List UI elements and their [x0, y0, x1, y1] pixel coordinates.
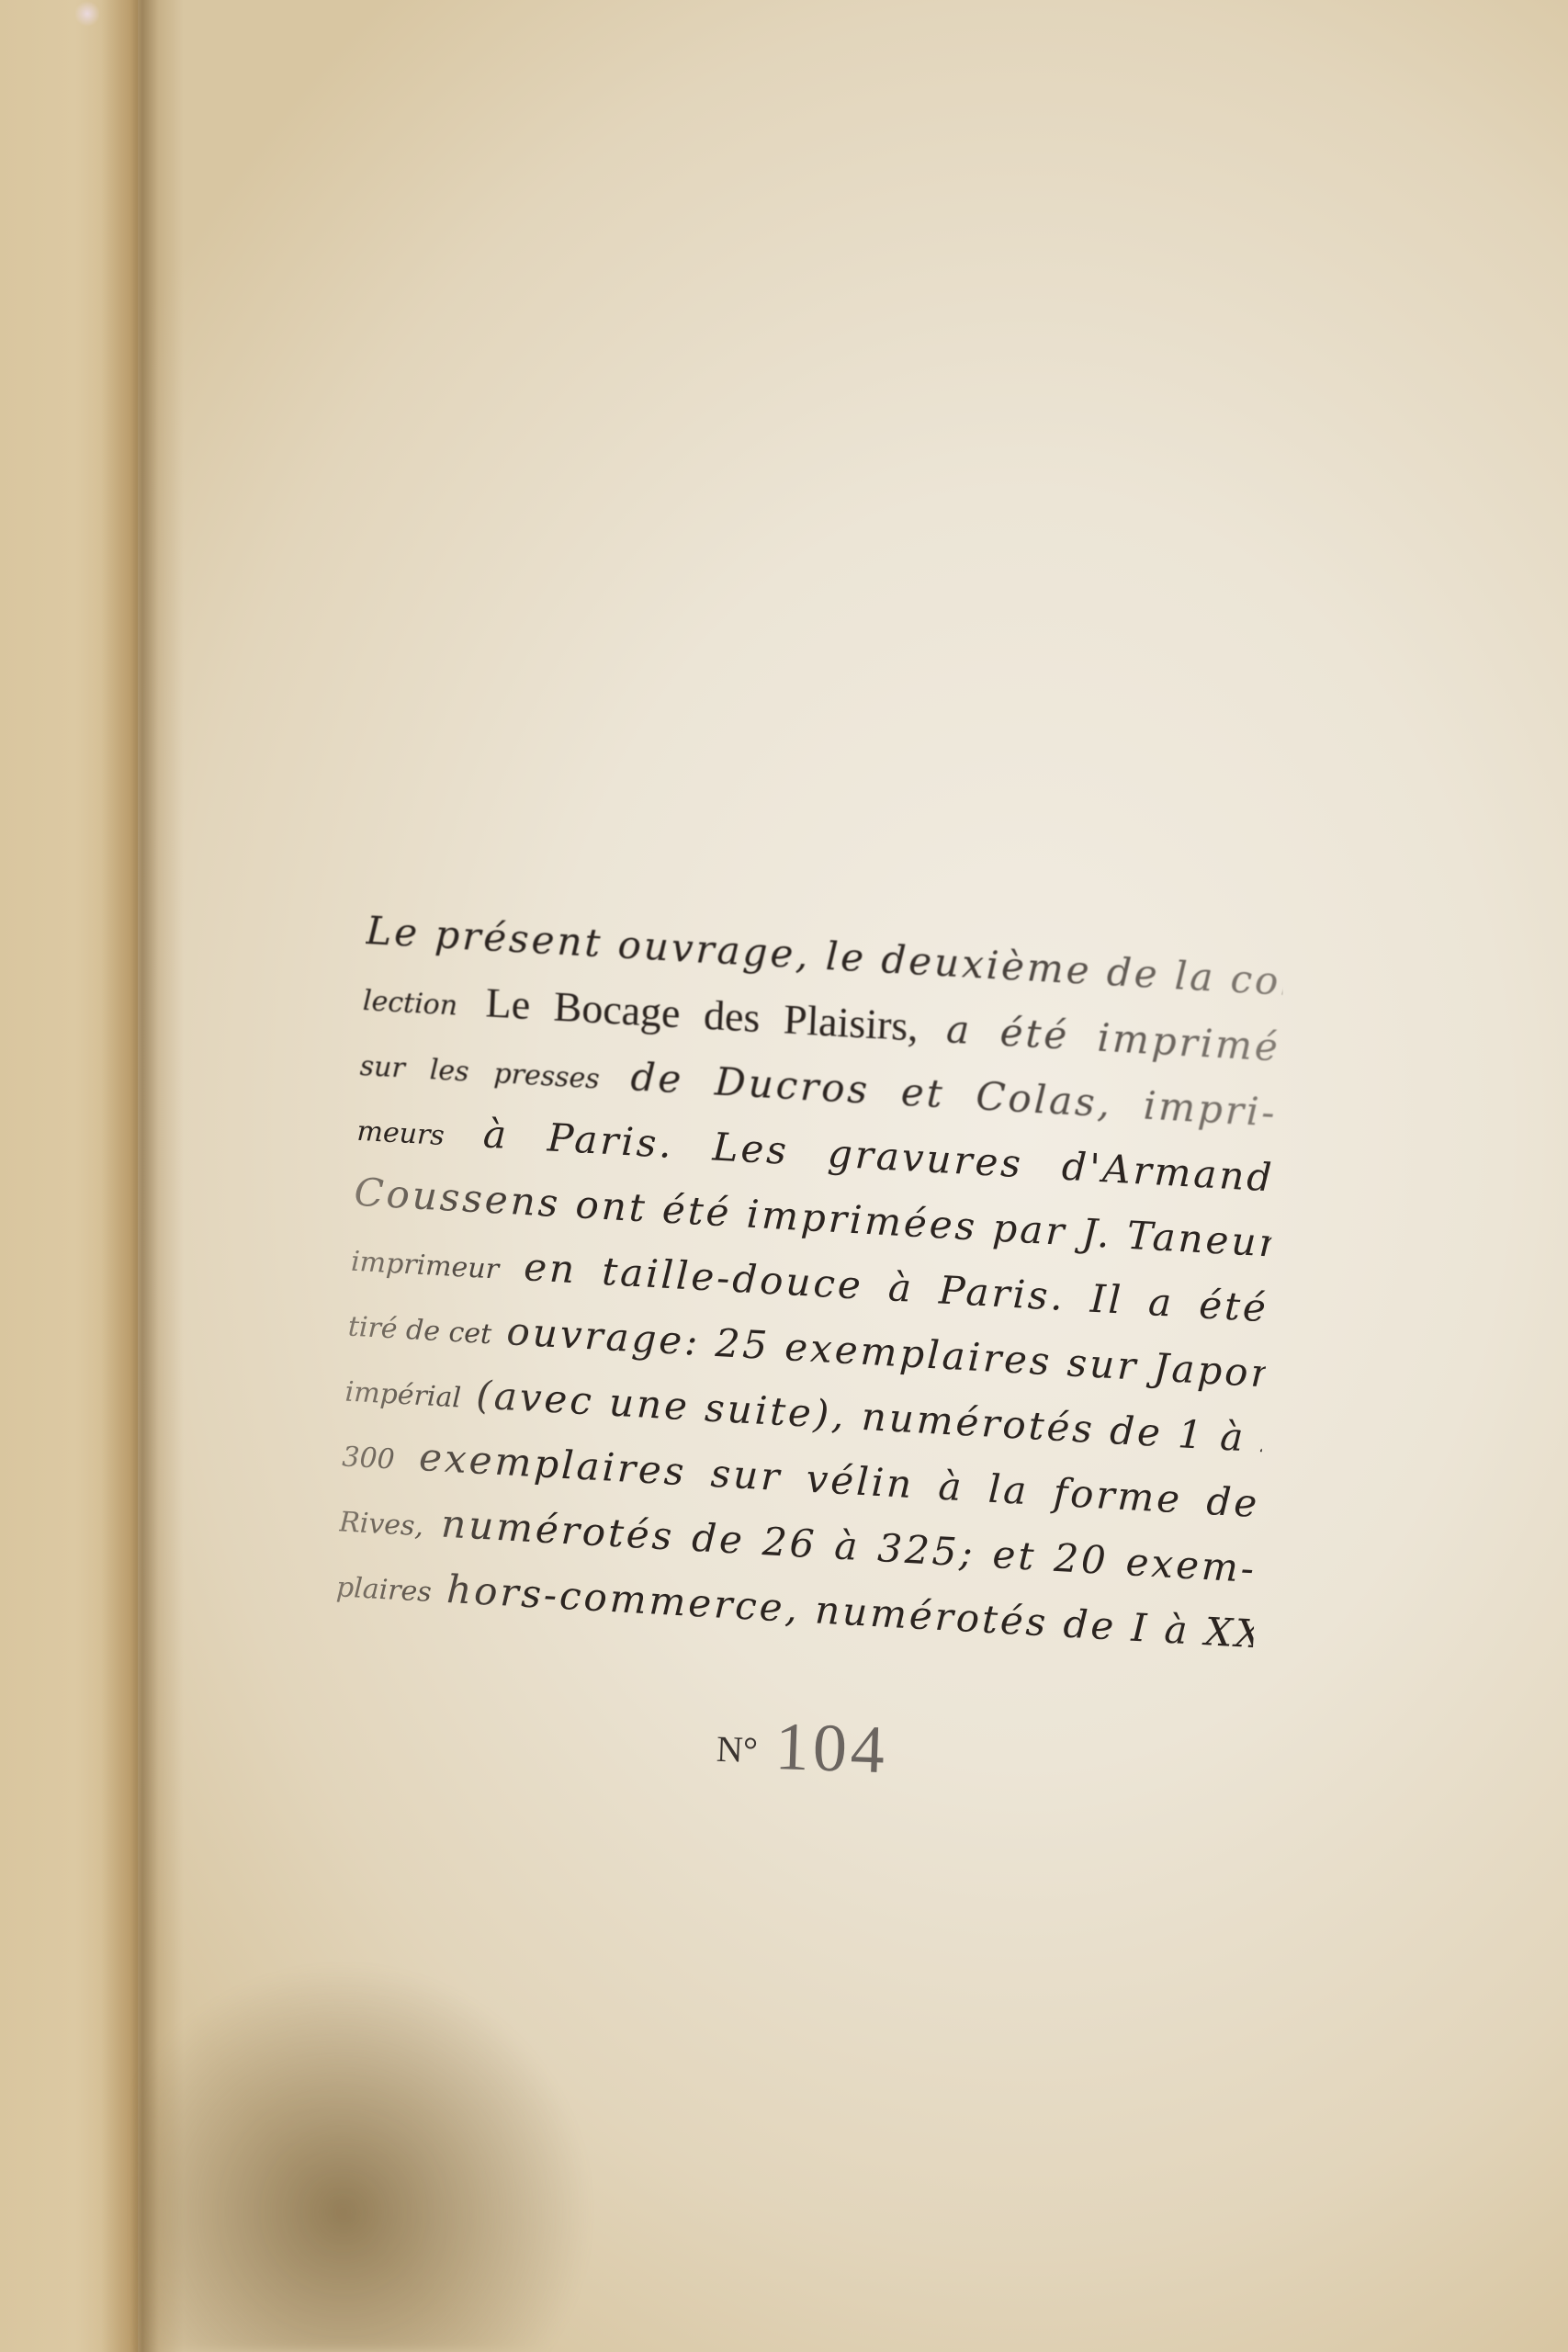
line-lead: Rives,: [338, 1506, 423, 1543]
line-lead: sur les presses: [359, 1050, 600, 1096]
bookmark-ribbon-glint: [75, 0, 99, 28]
line-lead: lection: [362, 985, 458, 1023]
copy-number-value: 104: [774, 1709, 890, 1788]
line-lead: 300: [342, 1441, 396, 1476]
line-lead: impérial: [344, 1375, 462, 1414]
line-text: a été imprimé: [945, 1006, 1281, 1069]
line-lead: plaires: [335, 1571, 432, 1609]
line-lead: meurs: [356, 1115, 446, 1152]
copy-number-stamp: N° 104: [716, 1706, 890, 1790]
copy-number-label: N°: [716, 1728, 758, 1771]
colophon-text-block: Le présent ouvrage, le deuxième de la co…: [335, 900, 1340, 1672]
line-lead: tiré de cet: [347, 1311, 492, 1351]
line-lead: imprimeur: [350, 1246, 499, 1286]
hand-shadow: [138, 1792, 652, 2352]
